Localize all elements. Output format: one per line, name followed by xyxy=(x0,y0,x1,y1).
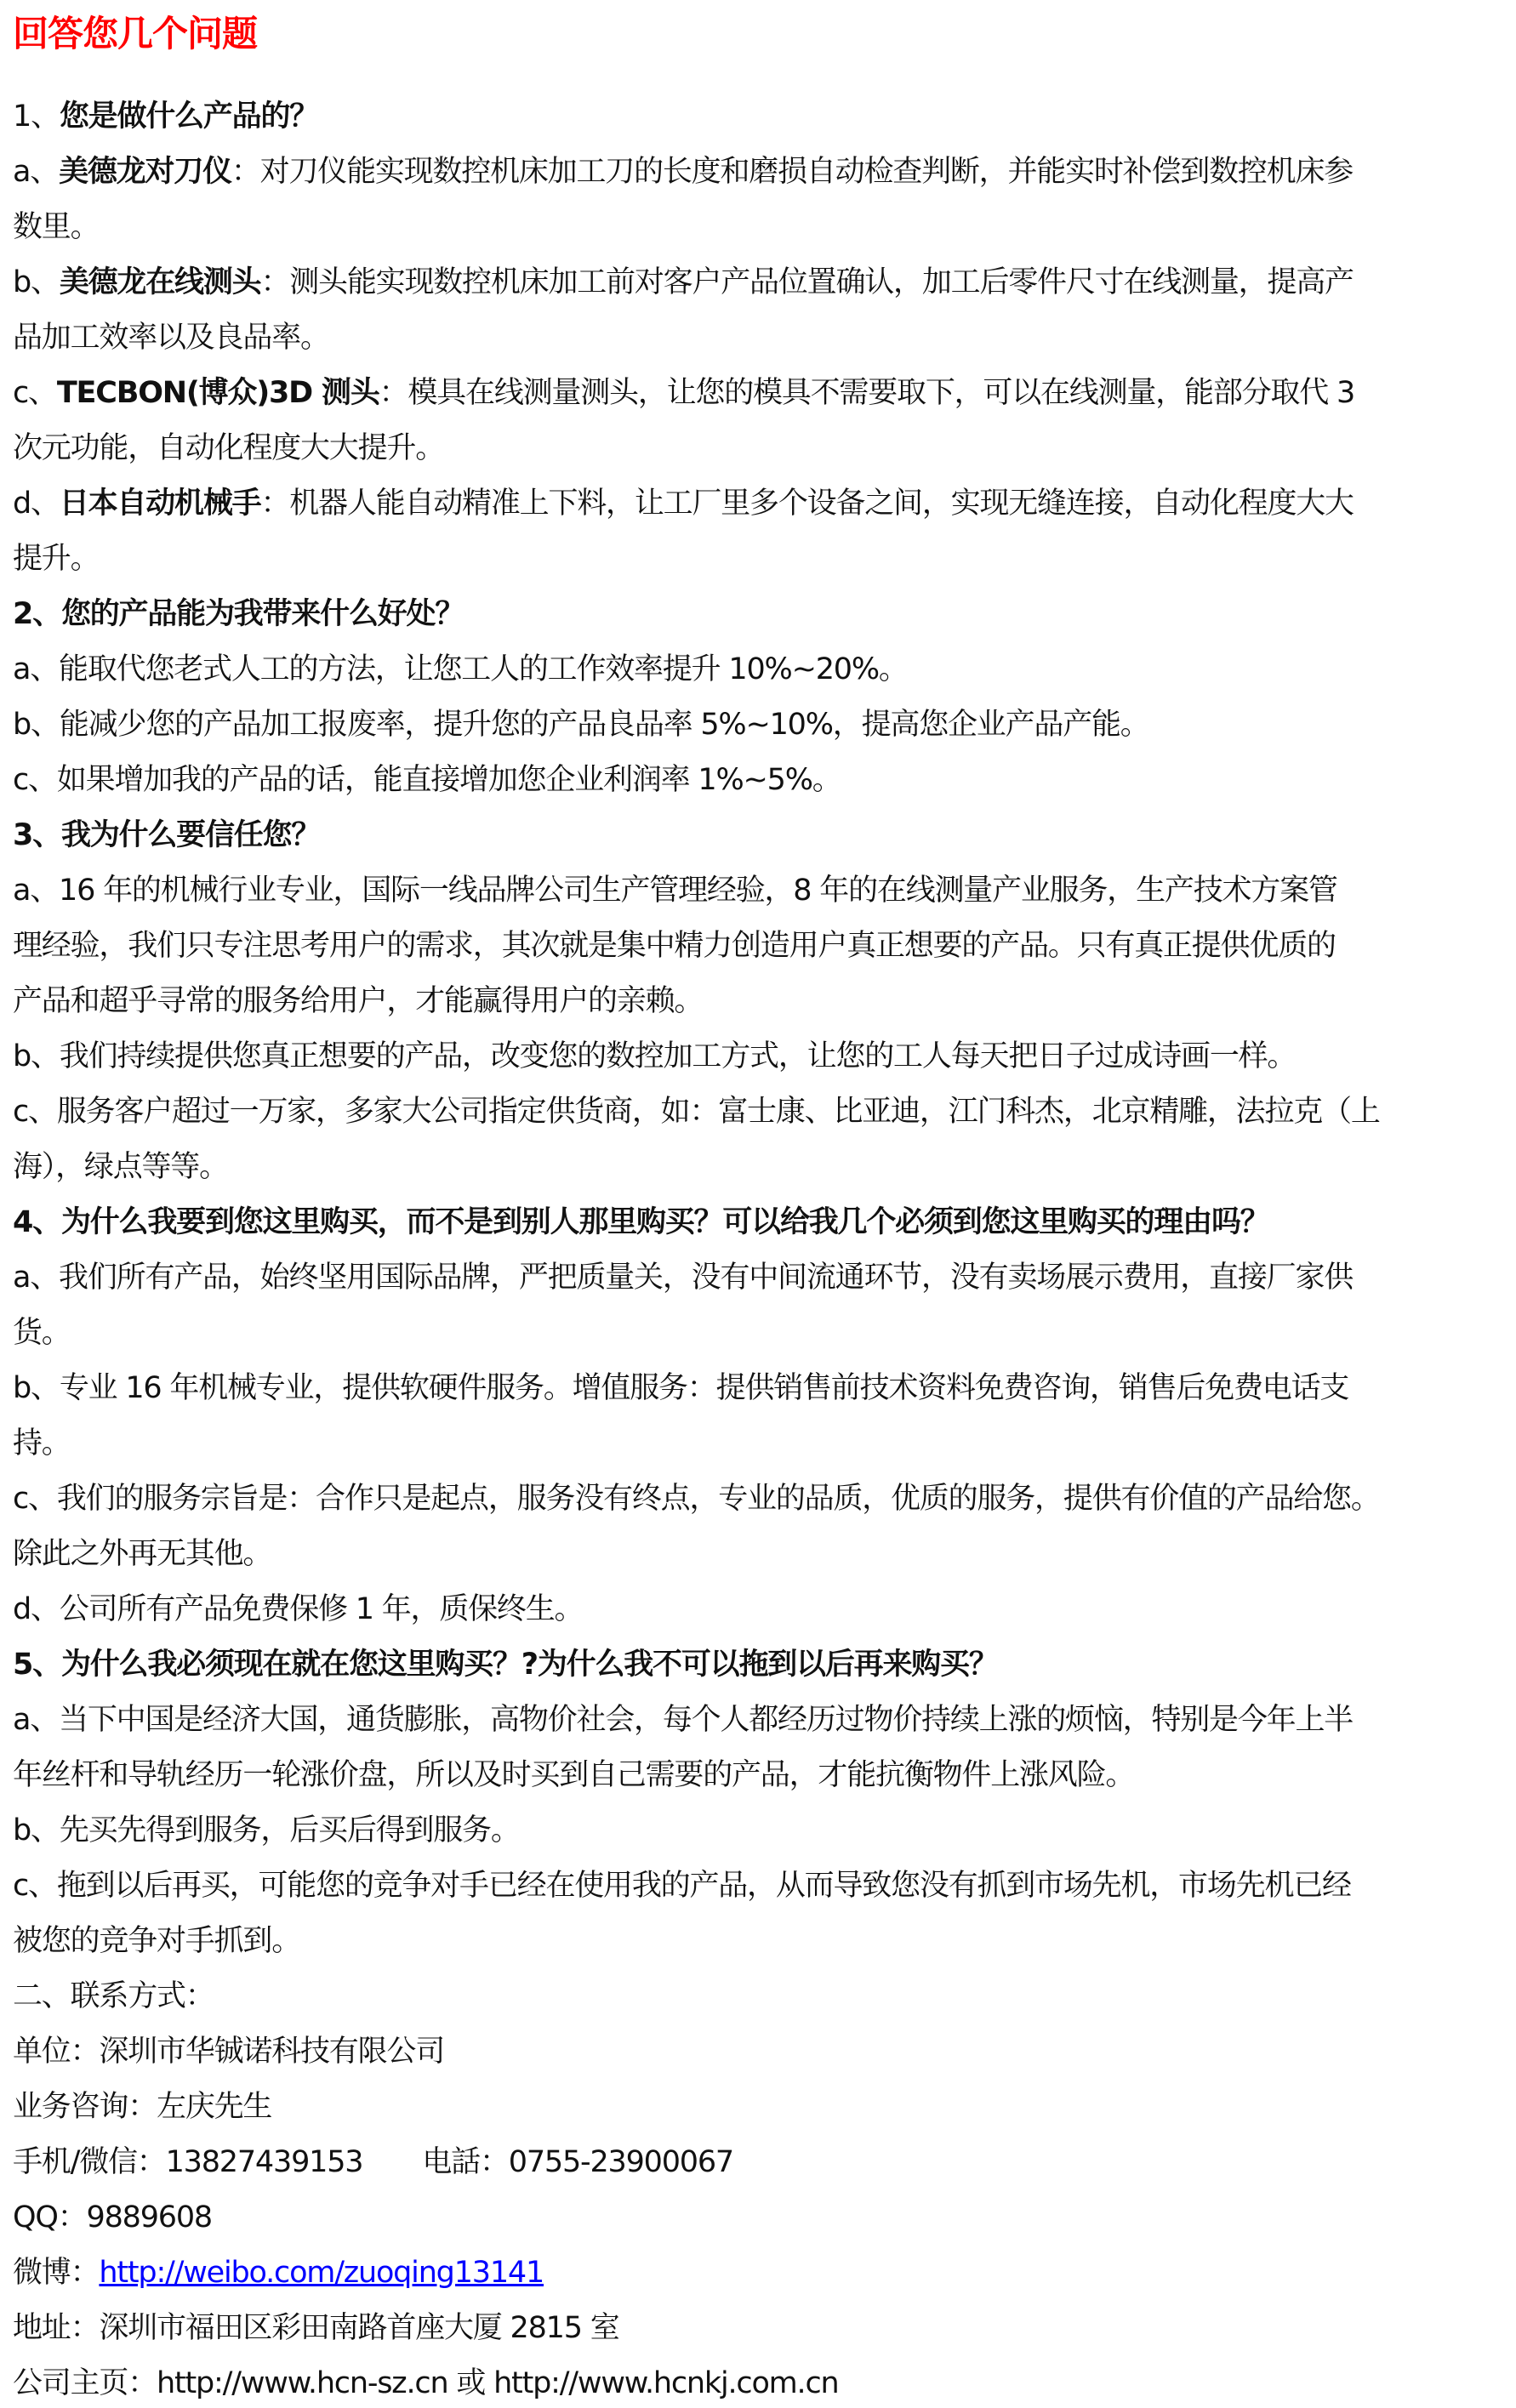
mobile-label: 手机/微信： xyxy=(13,2145,166,2179)
product-description: ：对刀仪能实现数控机床加工刀的长度和磨损自动检查判断，并能实时补偿到数控机床参 xyxy=(231,155,1353,189)
company-label: 单位： xyxy=(13,2035,99,2069)
consult-person: 左庆先生 xyxy=(157,2090,271,2124)
item-prefix: b、 xyxy=(13,265,60,299)
answer-line: 品加工效率以及良品率。 xyxy=(13,310,1380,366)
answer-line: 年丝杆和导轨经历一轮涨价盘，所以及时买到自己需要的产品，才能抗衡物件上涨风险。 xyxy=(13,1748,1380,1803)
item-prefix: c、 xyxy=(13,376,57,410)
contact-homepage: 公司主页：http://www.hcn-sz.cn 或 http://www.h… xyxy=(13,2356,1380,2408)
answer-line: a、美德龙对刀仪：对刀仪能实现数控机床加工刀的长度和磨损自动检查判断，并能实时补… xyxy=(13,145,1380,200)
qq-label: QQ： xyxy=(13,2200,87,2234)
answer-line: 次元功能，自动化程度大大提升。 xyxy=(13,421,1380,476)
contact-phones: 手机/微信：13827439153电話：0755-23900067 xyxy=(13,2135,1380,2190)
answer-line: b、美德龙在线测头：测头能实现数控机床加工前对客户产品位置确认，加工后零件尺寸在… xyxy=(13,255,1380,310)
answer-line: d、日本自动机械手：机器人能自动精准上下料，让工厂里多个设备之间，实现无缝连接，… xyxy=(13,476,1380,532)
product-name: 美德龙对刀仪 xyxy=(59,155,231,189)
product-name: 日本自动机械手 xyxy=(60,487,261,521)
answer-line: b、我们持续提供您真正想要的产品，改变您的数控加工方式，让您的工人每天把日子过成… xyxy=(13,1029,1380,1084)
homepage-urls: http://www.hcn-sz.cn 或 http://www.hcnkj.… xyxy=(157,2366,839,2400)
question-1-heading: 1、您是做什么产品的？ xyxy=(13,89,1380,145)
contact-consult: 业务咨询：左庆先生 xyxy=(13,2080,1380,2135)
question-2-heading: 2、您的产品能为我带来什么好处？ xyxy=(13,587,1380,642)
consult-label: 业务咨询： xyxy=(13,2090,157,2124)
answer-line: b、先买先得到服务，后买后得到服务。 xyxy=(13,1803,1380,1859)
weibo-label: 微博： xyxy=(13,2256,99,2290)
answer-line: a、16 年的机械行业专业，国际一线品牌公司生产管理经验，8 年的在线测量产业服… xyxy=(13,863,1380,919)
question-3-heading: 3、我为什么要信任您？ xyxy=(13,808,1380,863)
address-label: 地址： xyxy=(13,2311,99,2345)
answer-line: c、TECBON(博众)3D 测头：模具在线测量测头，让您的模具不需要取下，可以… xyxy=(13,366,1380,421)
product-name: 美德龙在线测头 xyxy=(60,265,261,299)
answer-line: b、专业 16 年机械专业，提供软硬件服务。增值服务：提供销售前技术资料免费咨询… xyxy=(13,1361,1380,1416)
contact-company: 单位：深圳市华铖诺科技有限公司 xyxy=(13,2024,1380,2080)
phone-number: 0755-23900067 xyxy=(509,2145,733,2179)
address-text: 深圳市福田区彩田南路首座大厦 2815 室 xyxy=(99,2311,618,2345)
question-text: 您是做什么产品的？ xyxy=(60,100,318,134)
answer-line: 数里。 xyxy=(13,200,1380,255)
qq-number: 9889608 xyxy=(87,2200,212,2234)
answer-line: 除此之外再无其他。 xyxy=(13,1527,1380,1582)
answer-line: c、服务客户超过一万家，多家大公司指定供货商，如：富士康、比亚迪，江门科杰，北京… xyxy=(13,1084,1380,1140)
question-number: 1、 xyxy=(13,100,60,134)
answer-line: c、如果增加我的产品的话，能直接增加您企业利润率 1%~5%。 xyxy=(13,753,1380,808)
question-5-heading: 5、为什么我必须现在就在您这里购买？?为什么我不可以拖到以后再来购买？ xyxy=(13,1637,1380,1693)
answer-line: c、我们的服务宗旨是：合作只是起点，服务没有终点，专业的品质，优质的服务，提供有… xyxy=(13,1472,1380,1527)
answer-line: b、能减少您的产品加工报废率，提升您的产品良品率 5%~10%，提高您企业产品产… xyxy=(13,697,1380,753)
company-name: 深圳市华铖诺科技有限公司 xyxy=(99,2035,444,2069)
product-name: TECBON(博众)3D 测头 xyxy=(57,376,379,410)
item-prefix: d、 xyxy=(13,487,60,521)
answer-line: c、拖到以后再买，可能您的竞争对手已经在使用我的产品，从而导致您没有抓到市场先机… xyxy=(13,1859,1380,1914)
answer-line: d、公司所有产品免费保修 1 年，质保终生。 xyxy=(13,1582,1380,1637)
answer-line: 被您的竞争对手抓到。 xyxy=(13,1914,1380,1969)
answer-line: a、能取代您老式人工的方法，让您工人的工作效率提升 10%~20%。 xyxy=(13,642,1380,697)
contact-qq: QQ：9889608 xyxy=(13,2190,1380,2246)
document-body: 1、您是做什么产品的？ a、美德龙对刀仪：对刀仪能实现数控机床加工刀的长度和磨损… xyxy=(13,89,1380,2408)
page-title: 回答您几个问题 xyxy=(13,9,257,60)
item-prefix: a、 xyxy=(13,155,59,189)
answer-line: a、当下中国是经济大国，通货膨胀，高物价社会，每个人都经历过物价持续上涨的烦恼，… xyxy=(13,1693,1380,1748)
contact-weibo: 微博：http://weibo.com/zuoqing13141 xyxy=(13,2246,1380,2301)
product-description: ：模具在线测量测头，让您的模具不需要取下，可以在线测量，能部分取代 3 xyxy=(379,376,1354,410)
question-4-heading: 4、为什么我要到您这里购买，而不是到别人那里购买？可以给我几个必须到您这里购买的… xyxy=(13,1195,1380,1250)
answer-line: 理经验，我们只专注思考用户的需求，其次就是集中精力创造用户真正想要的产品。只有真… xyxy=(13,919,1380,974)
product-description: ：机器人能自动精准上下料，让工厂里多个设备之间，实现无缝连接，自动化程度大大 xyxy=(260,487,1353,521)
answer-line: 提升。 xyxy=(13,532,1380,587)
answer-line: 货。 xyxy=(13,1306,1380,1361)
contact-address: 地址：深圳市福田区彩田南路首座大厦 2815 室 xyxy=(13,2301,1380,2356)
answer-line: 产品和超乎寻常的服务给用户，才能赢得用户的亲赖。 xyxy=(13,974,1380,1029)
answer-line: 海），绿点等等。 xyxy=(13,1140,1380,1195)
phone-label: 电話： xyxy=(422,2145,508,2179)
product-description: ：测头能实现数控机床加工前对客户产品位置确认，加工后零件尺寸在线测量，提高产 xyxy=(260,265,1353,299)
mobile-number: 13827439153 xyxy=(166,2145,363,2179)
answer-line: a、我们所有产品，始终坚用国际品牌，严把质量关，没有中间流通环节，没有卖场展示费… xyxy=(13,1250,1380,1306)
homepage-label: 公司主页： xyxy=(13,2366,157,2400)
weibo-link[interactable]: http://weibo.com/zuoqing13141 xyxy=(99,2256,544,2290)
contact-heading: 二、联系方式： xyxy=(13,1969,1380,2024)
answer-line: 持。 xyxy=(13,1416,1380,1472)
